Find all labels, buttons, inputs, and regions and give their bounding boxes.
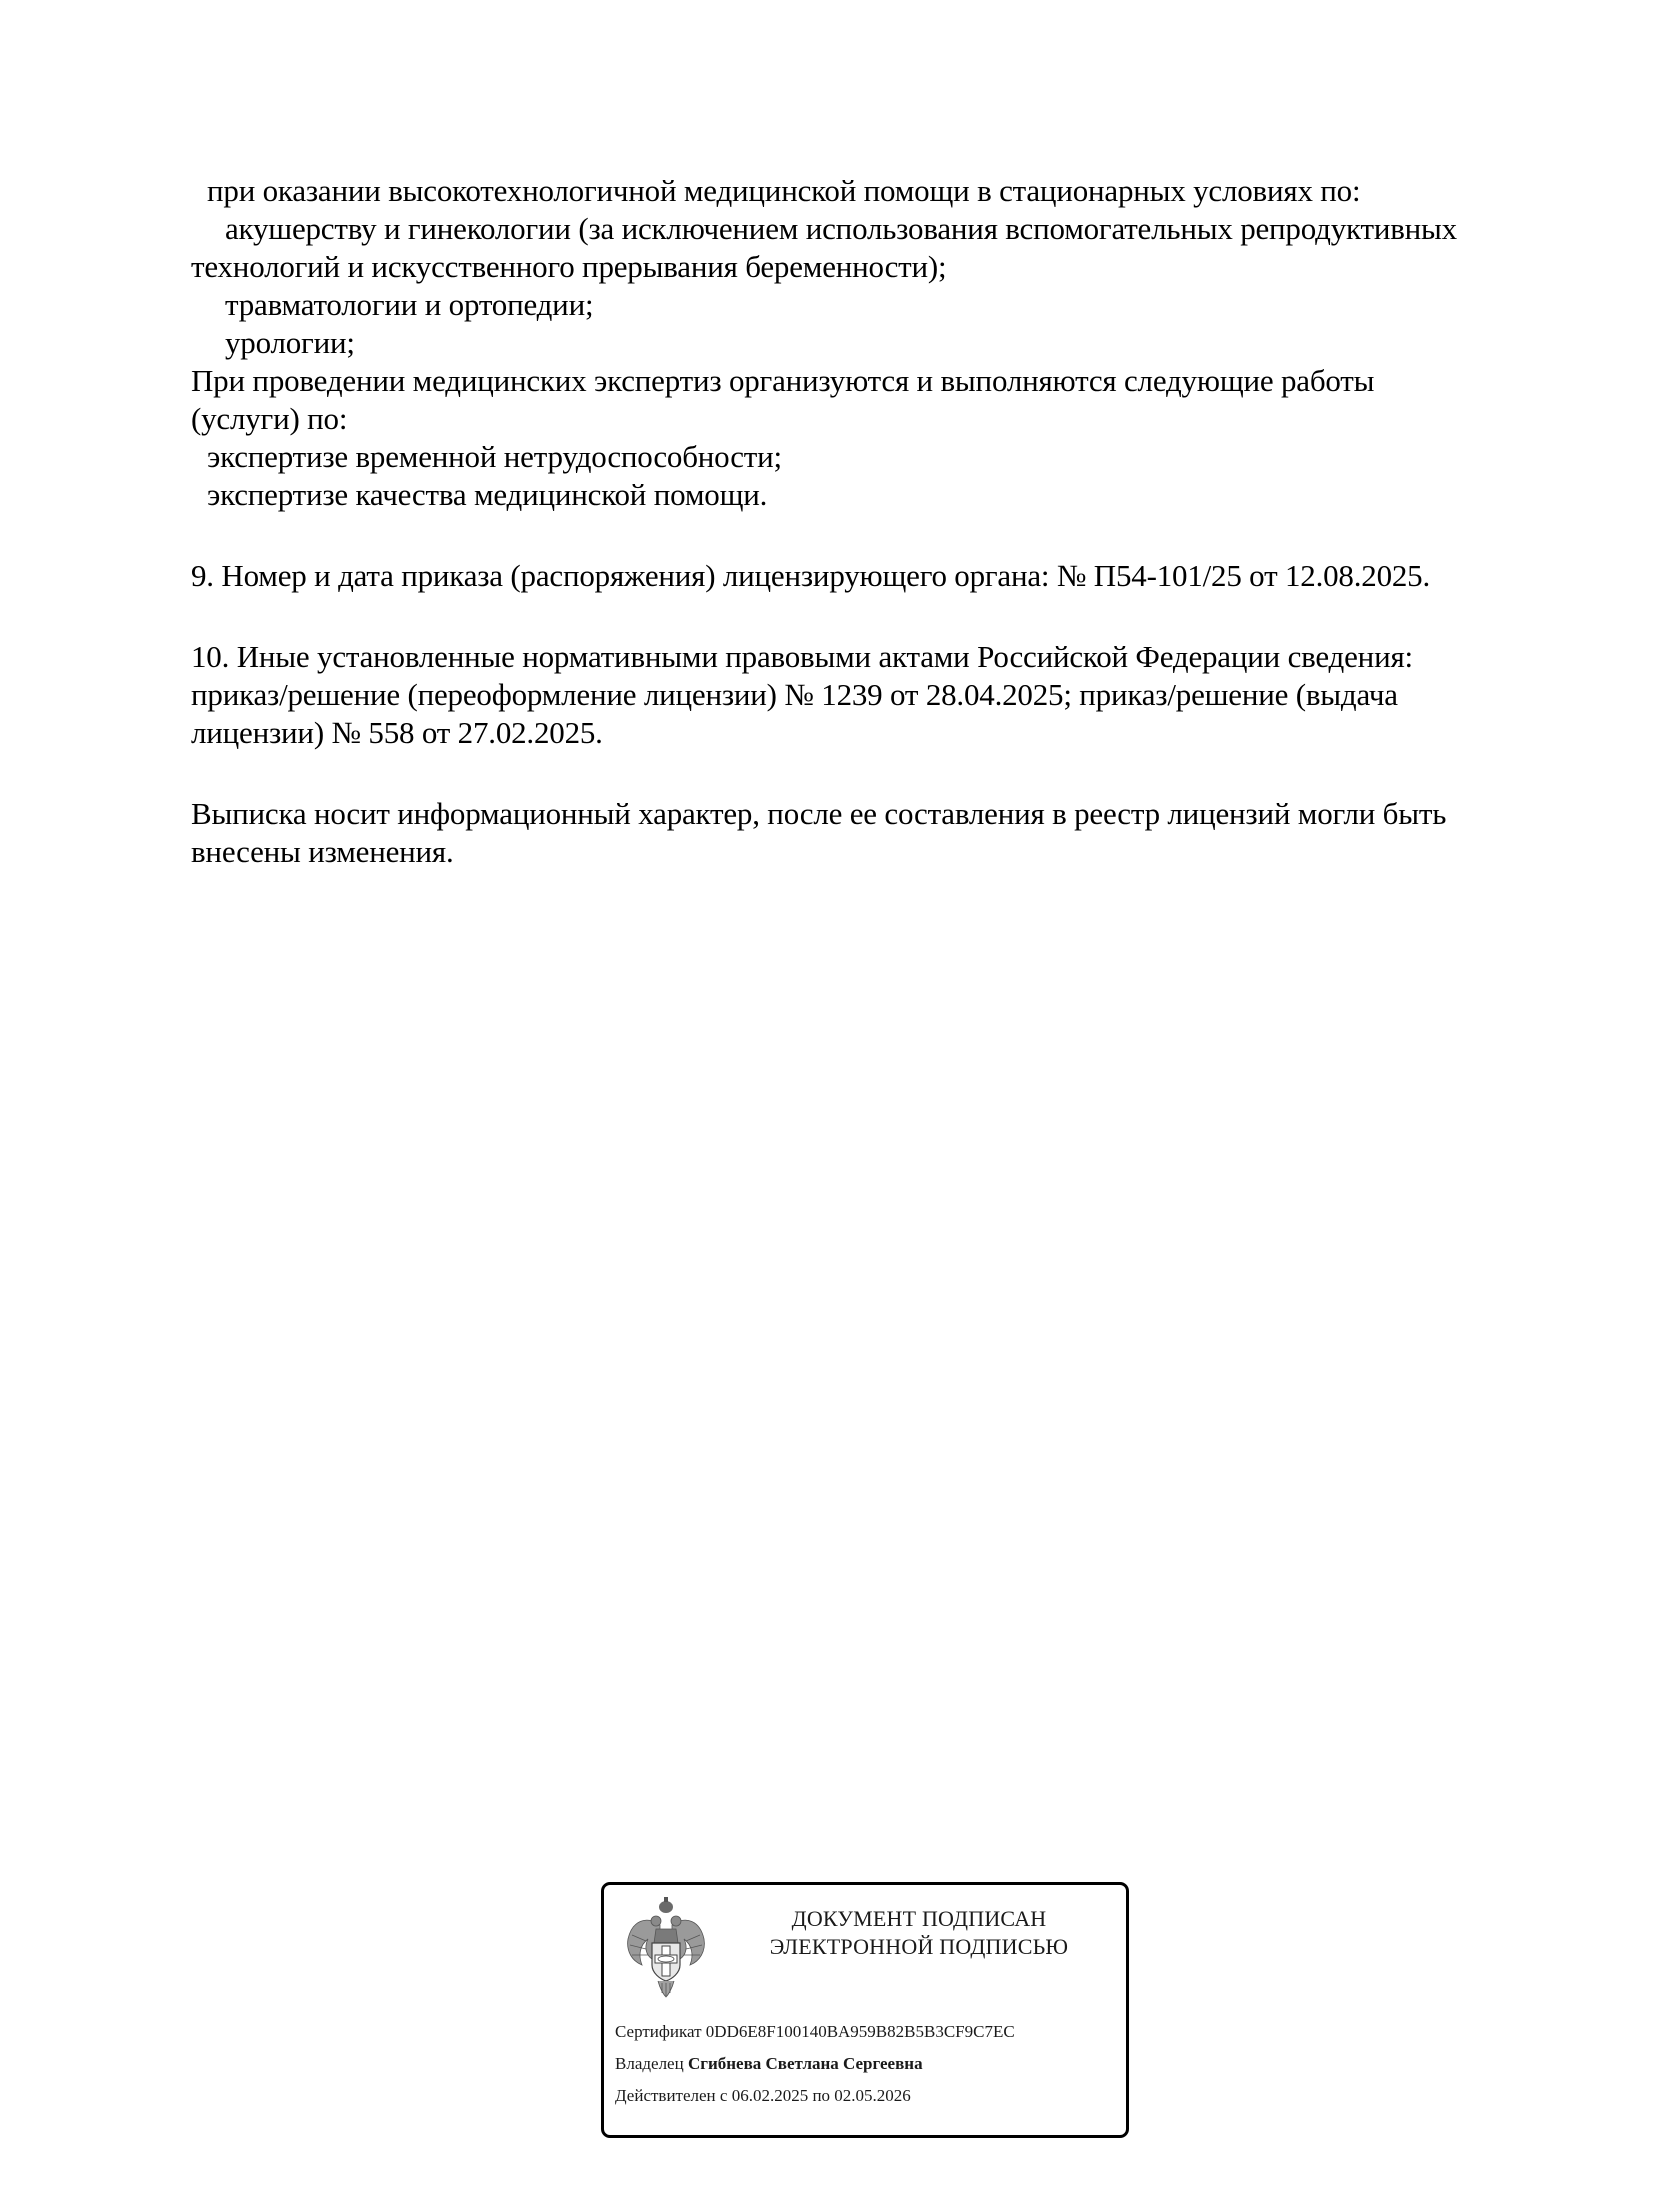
owner-label: Владелец: [615, 2054, 684, 2073]
owner-name: Сгибнева Светлана Сергеевна: [688, 2054, 923, 2073]
item-9-order-number: 9. Номер и дата приказа (распоряжения) л…: [191, 557, 1430, 595]
text-line-traumatology: травматологии и ортопедии;: [225, 286, 593, 324]
text-line-obstetrics-cont: технологий и искусственного прерывания б…: [191, 248, 946, 286]
owner-line: Владелец Сгибнева Светлана Сергеевна: [615, 2053, 923, 2075]
item-10-line-3: лицензии) № 558 от 27.02.2025.: [191, 714, 603, 752]
text-line-expertise-quality: экспертизе качества медицинской помощи.: [207, 476, 767, 514]
electronic-signature-stamp: ДОКУМЕНТ ПОДПИСАН ЭЛЕКТРОННОЙ ПОДПИСЬЮ С…: [601, 1882, 1129, 2138]
validity-line: Действителен с 06.02.2025 по 02.05.2026: [615, 2085, 911, 2107]
validity-label: Действителен: [615, 2086, 716, 2105]
text-line-obstetrics: акушерству и гинекологии (за исключением…: [225, 210, 1457, 248]
note-line-2: внесены изменения.: [191, 833, 454, 871]
validity-value: с 06.02.2025 по 02.05.2026: [720, 2086, 911, 2105]
item-10-line-2: приказ/решение (переоформление лицензии)…: [191, 676, 1398, 714]
certificate-label: Сертификат: [615, 2022, 702, 2041]
text-line-expertise-intro: При проведении медицинских экспертиз орг…: [191, 362, 1374, 400]
text-line-hightech-intro: при оказании высокотехнологичной медицин…: [207, 172, 1360, 210]
note-line-1: Выписка носит информационный характер, п…: [191, 795, 1446, 833]
certificate-line: Сертификат 0DD6E8F100140BA959B82B5B3CF9C…: [615, 2021, 1015, 2043]
stamp-title-line-1: ДОКУМЕНТ ПОДПИСАН: [734, 1905, 1104, 1933]
document-page: при оказании высокотехнологичной медицин…: [0, 0, 1654, 2200]
stamp-title-line-2: ЭЛЕКТРОННОЙ ПОДПИСЬЮ: [734, 1933, 1104, 1961]
text-line-expertise-disability: экспертизе временной нетрудоспособности;: [207, 438, 782, 476]
text-line-urology: урологии;: [225, 324, 355, 362]
item-10-line-1: 10. Иные установленные нормативными прав…: [191, 638, 1413, 676]
text-line-expertise-intro-cont: (услуги) по:: [191, 400, 347, 438]
certificate-value: 0DD6E8F100140BA959B82B5B3CF9C7EC: [706, 2022, 1015, 2041]
coat-of-arms-emblem-icon: [624, 1895, 708, 1999]
stamp-title: ДОКУМЕНТ ПОДПИСАН ЭЛЕКТРОННОЙ ПОДПИСЬЮ: [734, 1905, 1104, 1961]
